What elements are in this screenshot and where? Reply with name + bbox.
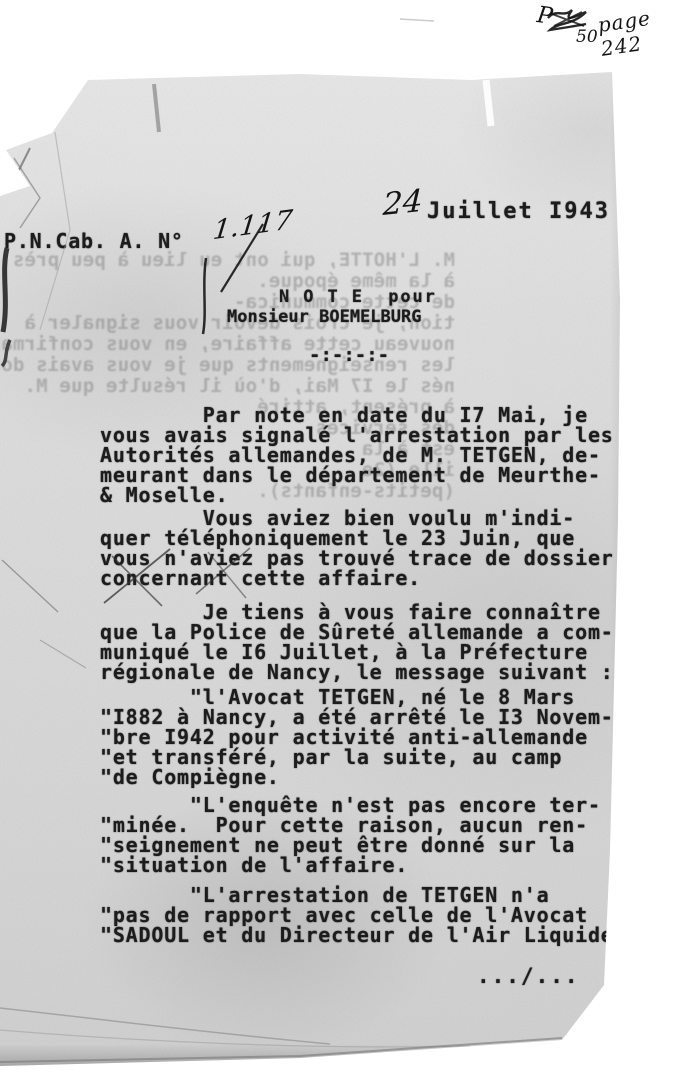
paragraph-6: "L'arrestation de TETGEN n'a"pas de rapp… — [100, 885, 614, 945]
paragraph-1: Par note en date du I7 Mai, jevous avais… — [100, 405, 614, 505]
typed-line: que la Police de Sûreté allemande a com- — [100, 622, 614, 642]
paragraph-3: Je tiens à vous faire connaîtreque la Po… — [100, 602, 614, 682]
handwritten-date-day: 24 — [382, 183, 423, 223]
typed-line: "I882 à Nancy, a été arrêté le I3 Novem- — [100, 707, 614, 727]
typed-line: & Moselle. — [100, 485, 614, 505]
typed-line: Par note en date du I7 Mai, je — [100, 405, 614, 425]
typed-line: "bre I942 pour activité anti-allemande — [100, 727, 614, 747]
typed-line: "minée. Pour cette raison, aucun ren- — [100, 815, 601, 835]
typed-line: quer téléphoniquement le 23 Juin, que — [100, 528, 614, 548]
typed-text-layer: P.N.Cab. A. N° Juillet I943 N O T E pour… — [0, 0, 700, 1074]
typed-line: meurant dans le département de Meurthe- — [100, 465, 614, 485]
typed-line: "SADOUL et du Directeur de l'Air Liquide — [100, 925, 614, 945]
typed-line: "pas de rapport avec celle de l'Avocat — [100, 905, 614, 925]
typed-line: Je tiens à vous faire connaître — [100, 602, 614, 622]
typed-line: "et transféré, par la suite, au camp — [100, 747, 614, 767]
typed-line: vous n'aviez pas trouvé trace de dossier — [100, 548, 614, 568]
note-title: N O T E pour — [279, 287, 437, 307]
typed-line: concernant cette affaire. — [100, 568, 614, 588]
typed-line: "L'enquête n'est pas encore ter- — [100, 795, 601, 815]
handwritten-p-mark: P — [535, 2, 554, 30]
paper-sheet: M. L'HOTTE, qui ont eu lieu à peu prèsà … — [0, 0, 700, 1074]
reference-number: P.N.Cab. A. N° — [4, 229, 184, 253]
paragraph-2: Vous aviez bien voulu m'indi-quer téléph… — [100, 508, 614, 588]
separator-mark: -:-:-:- — [309, 344, 389, 366]
typed-line: "l'Avocat TETGEN, né le 8 Mars — [100, 687, 614, 707]
typed-line: "L'arrestation de TETGEN n'a — [100, 885, 614, 905]
paragraph-4: "l'Avocat TETGEN, né le 8 Mars"I882 à Na… — [100, 687, 614, 787]
typed-line: "situation de l'affaire. — [100, 855, 601, 875]
handwritten-page-label: page 242 — [596, 0, 700, 61]
typed-line: "de Compiègne. — [100, 767, 614, 787]
continuation-mark: .../... — [477, 964, 580, 988]
typed-line: Autorités allemandes, de M. TETGEN, de- — [100, 445, 614, 465]
typed-line: "seignement ne peut être donné sur la — [100, 835, 601, 855]
paragraph-5: "L'enquête n'est pas encore ter-"minée. … — [100, 795, 601, 875]
typed-line: vous avais signalé l'arrestation par les — [100, 425, 614, 445]
addressee-name: Monsieur BOEMELBURG — [227, 307, 421, 327]
typed-line: régionale de Nancy, le message suivant : — [100, 662, 614, 682]
date-line: Juillet I943 — [427, 199, 610, 224]
document-scan: P 50 page 242 M. L'HOTTE, qui ont eu lie… — [0, 0, 700, 1074]
typed-line: Vous aviez bien voulu m'indi- — [100, 508, 614, 528]
typed-line: muniqué le I6 Juillet, à la Préfecture — [100, 642, 614, 662]
handwritten-page-number-small: 50 — [576, 27, 598, 47]
